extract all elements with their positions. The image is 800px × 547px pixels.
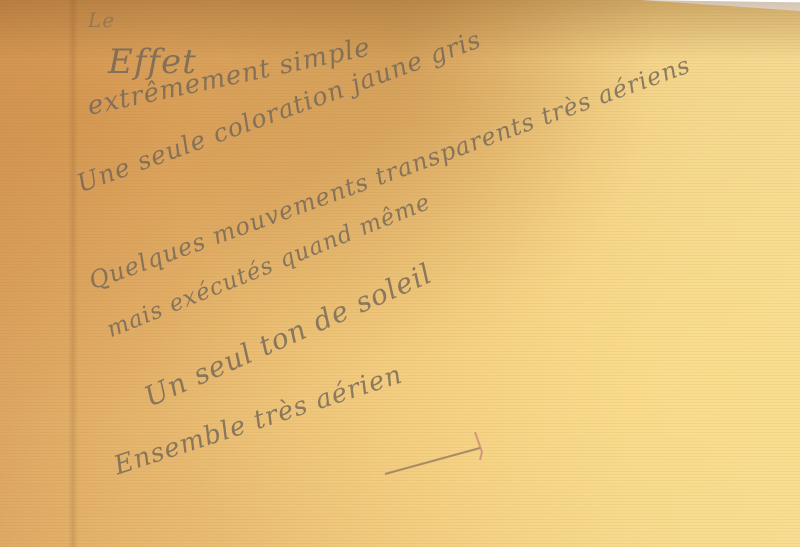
corner-mark: Le — [88, 8, 115, 32]
panel-seam — [68, 0, 78, 547]
signature-mark — [380, 430, 500, 480]
